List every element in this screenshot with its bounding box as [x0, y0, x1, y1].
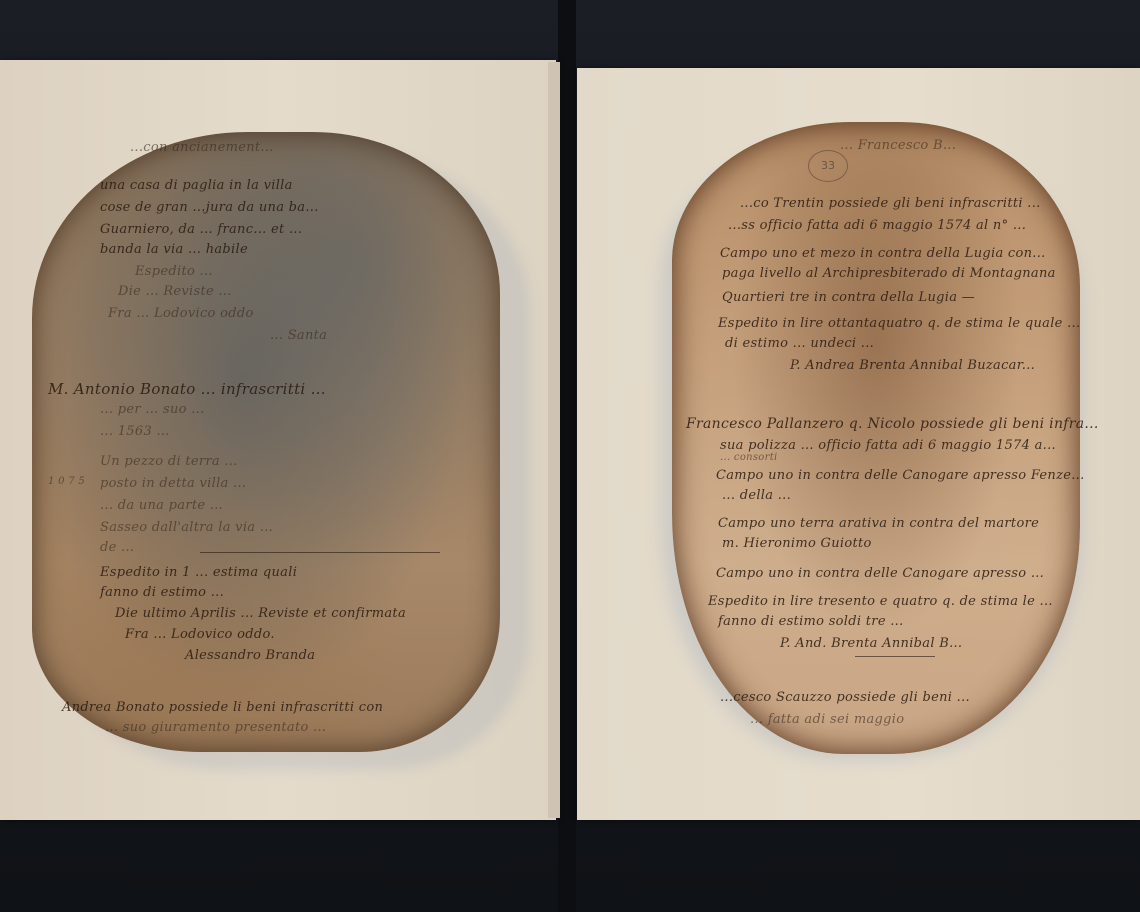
manuscript-line: Die ultimo Aprilis ... Reviste et confir…	[115, 606, 406, 621]
manuscript-line: Alessandro Branda	[185, 648, 315, 663]
manuscript-line: Andrea Bonato possiede li beni infrascri…	[62, 700, 383, 715]
manuscript-line: Francesco Pallanzero q. Nicolo possiede …	[686, 416, 1099, 432]
manuscript-line: fanno di estimo ...	[100, 585, 224, 600]
manuscript-line: ...co Trentin possiede gli beni infrascr…	[740, 196, 1041, 211]
manuscript-line: Campo uno in contra delle Canogare apres…	[716, 566, 1044, 581]
manuscript-line: Espedito in lire tresento e quatro q. de…	[708, 594, 1053, 609]
binding-gutter	[558, 0, 576, 912]
manuscript-line: de ...	[100, 540, 134, 555]
manuscript-line: Fra ... Lodovico oddo	[108, 306, 254, 321]
manuscript-line: di estimo ... undeci ...	[725, 336, 874, 351]
manuscript-line: ... 1563 ...	[100, 424, 170, 439]
manuscript-line: posto in detta villa ...	[100, 476, 246, 491]
manuscript-line: m. Hieronimo Guiotto	[722, 536, 872, 551]
manuscript-line: Sasseo dall'altra la via ...	[100, 520, 273, 535]
manuscript-line: Espedito in 1 ... estima quali	[100, 565, 297, 580]
manuscript-line: ...ss officio fatta adi 6 maggio 1574 al…	[728, 218, 1026, 233]
manuscript-line: Campo uno terra arativa in contra del ma…	[718, 516, 1039, 531]
manuscript-line: Un pezzo di terra ...	[100, 454, 238, 469]
manuscript-line: ... fatta adi sei maggio	[750, 712, 904, 727]
manuscript-line: ... consorti	[720, 452, 778, 463]
manuscript-line: Campo uno et mezo in contra della Lugia …	[720, 246, 1046, 261]
ink-rule	[855, 656, 935, 657]
manuscript-line: P. And. Brenta Annibal B...	[780, 636, 962, 651]
manuscript-line: ... per ... suo ...	[100, 402, 205, 417]
manuscript-line: ... della ...	[722, 488, 791, 503]
manuscript-line: ...con ancianement...	[130, 140, 274, 155]
manuscript-line: ... da una parte ...	[100, 498, 223, 513]
manuscript-line: paga livello al Archipresbiterado di Mon…	[722, 266, 1056, 281]
manuscript-line: Espedito in lire ottantaquatro q. de sti…	[718, 316, 1080, 331]
manuscript-line: Campo uno in contra delle Canogare apres…	[716, 468, 1085, 483]
manuscript-line: Fra ... Lodovico oddo.	[125, 627, 275, 642]
manuscript-line: Quartieri tre in contra della Lugia —	[722, 290, 975, 305]
manuscript-line: Espedito ...	[135, 264, 213, 279]
manuscript-line: P. Andrea Brenta Annibal Buzacar...	[790, 358, 1035, 373]
manuscript-line: Guarniero, da ... franc... et ...	[100, 222, 302, 237]
manuscript-line: M. Antonio Bonato ... infrascritti ...	[48, 380, 326, 398]
manuscript-line: banda la via ... habile	[100, 242, 248, 257]
manuscript-line: ... Francesco B...	[840, 138, 956, 153]
manuscript-line: ... Santa	[270, 328, 327, 343]
manuscript-line: fanno di estimo soldi tre ...	[718, 614, 904, 629]
manuscript-line: sua polizza ... officio fatta adi 6 magg…	[720, 438, 1056, 453]
ink-rule	[200, 552, 440, 553]
manuscript-line: cose de gran ...jura da una ba...	[100, 200, 319, 215]
margin-note: 1 0 7 5	[48, 476, 85, 487]
manuscript-line: ... suo giuramento presentato ...	[105, 720, 326, 735]
manuscript-line: Die ... Reviste ...	[118, 284, 232, 299]
left-sheet-edge	[548, 62, 560, 818]
manuscript-line: ...cesco Scauzzo possiede gli beni ...	[720, 690, 970, 705]
manuscript-line: una casa di paglia in la villa	[100, 178, 293, 193]
archive-stamp: 33	[808, 150, 848, 182]
